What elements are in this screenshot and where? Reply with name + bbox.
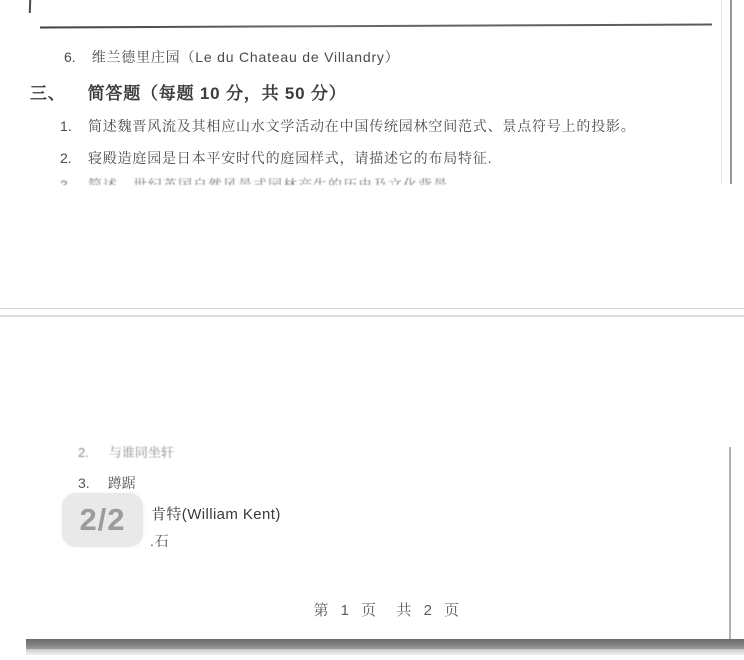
covered-line-text: .石: [150, 533, 170, 549]
question-text: 简述…世纪英国自然风景式园林产生的历史及文化背景: [88, 177, 448, 185]
question-3-clipped: 3.简述…世纪英国自然风景式园林产生的历史及文化背景: [60, 175, 680, 185]
question-number: 1.: [60, 118, 88, 134]
page-footer-text: 第 1 页 共 2 页: [313, 602, 463, 619]
section-marker: 三、: [30, 84, 66, 103]
page-footer: 第 1 页 共 2 页: [0, 582, 744, 637]
page-right-edge: [730, 0, 732, 184]
scan-corner-tick: [29, 0, 31, 13]
list-item: 3.蹲踞: [78, 473, 136, 493]
question-text: 寝殿造庭园是日本平安时代的庭园样式，请描述它的布局特征.: [88, 150, 492, 166]
covered-line-stone: .石: [150, 531, 170, 551]
section-title: 简答题（每题 10 分，共 50 分）: [88, 84, 347, 103]
page-rule-line: [40, 24, 712, 29]
question-number: 3.: [60, 177, 88, 185]
page-break-line: [0, 308, 744, 309]
question-number: 2.: [60, 150, 88, 166]
list-item-text: 蹲踞: [108, 475, 136, 491]
covered-line-kent: 肯特(William Kent): [151, 503, 281, 524]
page-indicator-badge: 2/2: [62, 493, 143, 547]
page-indicator-label: 2/2: [79, 502, 125, 538]
list-item-number: 6.: [64, 49, 76, 65]
list-item-text: 与谁同坐轩: [109, 445, 174, 460]
list-item-text: 维兰德里庄园（Le du Chateau de Villandry）: [92, 49, 400, 65]
list-item-6: 6.维兰德里庄园（Le du Chateau de Villandry）: [64, 47, 400, 67]
list-item-number: 2.: [78, 445, 89, 460]
question-1: 1.简述魏晋风流及其相应山水文学活动在中国传统园林空间范式、景点符号上的投影。: [60, 116, 636, 136]
list-item-number: 3.: [78, 475, 90, 491]
covered-line-text: 肯特(William Kent): [151, 506, 281, 523]
document-viewer: 6.维兰德里庄园（Le du Chateau de Villandry） 三、简…: [0, 0, 744, 660]
list-item: 2.与谁同坐轩: [78, 442, 174, 461]
question-2: 2.寝殿造庭园是日本平安时代的庭园样式，请描述它的布局特征.: [60, 148, 492, 168]
page-right-edge-inner: [721, 0, 722, 184]
section-heading: 三、简答题（每题 10 分，共 50 分）: [30, 79, 347, 104]
question-text: 简述魏晋风流及其相应山水文学活动在中国传统园林空间范式、景点符号上的投影。: [88, 118, 636, 134]
page-bottom-edge-shadow: [26, 649, 744, 655]
page-bottom-edge-bar: [26, 639, 744, 649]
page-break-line: [0, 315, 744, 317]
